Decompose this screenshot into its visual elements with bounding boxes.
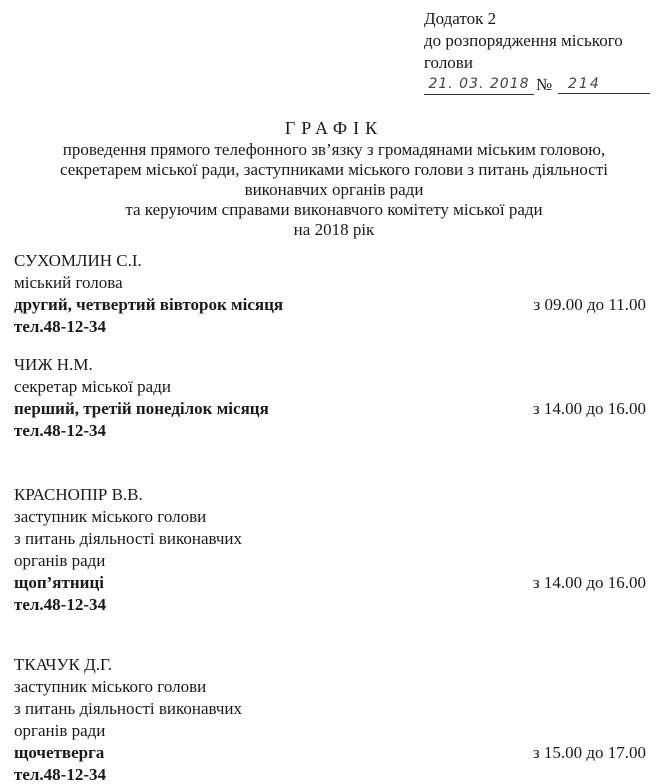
document-title-block: ГРАФІК проведення прямого телефонного зв… bbox=[0, 118, 668, 240]
schedule-days: перший, третій понеділок місяця bbox=[14, 399, 269, 418]
schedule-time: з 15.00 до 17.00 bbox=[533, 742, 646, 764]
annex-subtitle: до розпорядження міського bbox=[424, 30, 623, 52]
official-name: СУХОМЛИН С.І. bbox=[14, 250, 646, 272]
official-position: з питань діяльності виконавчих bbox=[14, 698, 646, 720]
schedule-entry: СУХОМЛИН С.І. міський голова другий, чет… bbox=[14, 250, 646, 338]
official-name: ЧИЖ Н.М. bbox=[14, 354, 646, 376]
phone-number: тел.48-12-34 bbox=[14, 420, 646, 442]
order-date: 21. 03. 2018 bbox=[424, 74, 534, 95]
schedule-entry: КРАСНОПІР В.В. заступник міського голови… bbox=[14, 484, 646, 616]
official-position: органів ради bbox=[14, 550, 646, 572]
annex-title: Додаток 2 bbox=[424, 8, 623, 30]
title-line: проведення прямого телефонного зв’язку з… bbox=[0, 140, 668, 160]
official-position: заступник міського голови bbox=[14, 676, 646, 698]
title-line: та керуючим справами виконавчого комітет… bbox=[0, 200, 668, 220]
title-line: секретарем міської ради, заступниками мі… bbox=[0, 160, 668, 180]
schedule-time: з 14.00 до 16.00 bbox=[533, 398, 646, 420]
schedule-row: перший, третій понеділок місяця з 14.00 … bbox=[14, 398, 646, 420]
phone-number: тел.48-12-34 bbox=[14, 594, 646, 616]
schedule-entry: ТКАЧУК Д.Г. заступник міського голови з … bbox=[14, 654, 646, 784]
schedule-row: щоп’ятниці з 14.00 до 16.00 bbox=[14, 572, 646, 594]
official-position: міський голова bbox=[14, 272, 646, 294]
official-name: ТКАЧУК Д.Г. bbox=[14, 654, 646, 676]
schedule-days: щочетверга bbox=[14, 743, 104, 762]
schedule-entry: ЧИЖ Н.М. секретар міської ради перший, т… bbox=[14, 354, 646, 442]
official-name: КРАСНОПІР В.В. bbox=[14, 484, 646, 506]
phone-number: тел.48-12-34 bbox=[14, 764, 646, 784]
schedule-row: другий, четвертий вівторок місяця з 09.0… bbox=[14, 294, 646, 316]
official-position: секретар міської ради bbox=[14, 376, 646, 398]
schedule-time: з 09.00 до 11.00 bbox=[534, 294, 646, 316]
title-line: виконавчих органів ради bbox=[0, 180, 668, 200]
annex-subtitle-cont: голови bbox=[424, 52, 623, 74]
schedule-days: щоп’ятниці bbox=[14, 573, 104, 592]
schedule-days: другий, четвертий вівторок місяця bbox=[14, 295, 283, 314]
phone-number: тел.48-12-34 bbox=[14, 316, 646, 338]
schedule-time: з 14.00 до 16.00 bbox=[533, 572, 646, 594]
order-reference: 21. 03. 2018 № 214 bbox=[424, 74, 650, 96]
official-position: з питань діяльності виконавчих bbox=[14, 528, 646, 550]
title-line: на 2018 рік bbox=[0, 220, 668, 240]
number-sign: № bbox=[536, 74, 552, 96]
document-title: ГРАФІК bbox=[0, 118, 668, 138]
order-number: 214 bbox=[558, 74, 650, 94]
schedule-row: щочетверга з 15.00 до 17.00 bbox=[14, 742, 646, 764]
official-position: заступник міського голови bbox=[14, 506, 646, 528]
official-position: органів ради bbox=[14, 720, 646, 742]
annex-header: Додаток 2 до розпорядження міського голо… bbox=[424, 8, 623, 74]
